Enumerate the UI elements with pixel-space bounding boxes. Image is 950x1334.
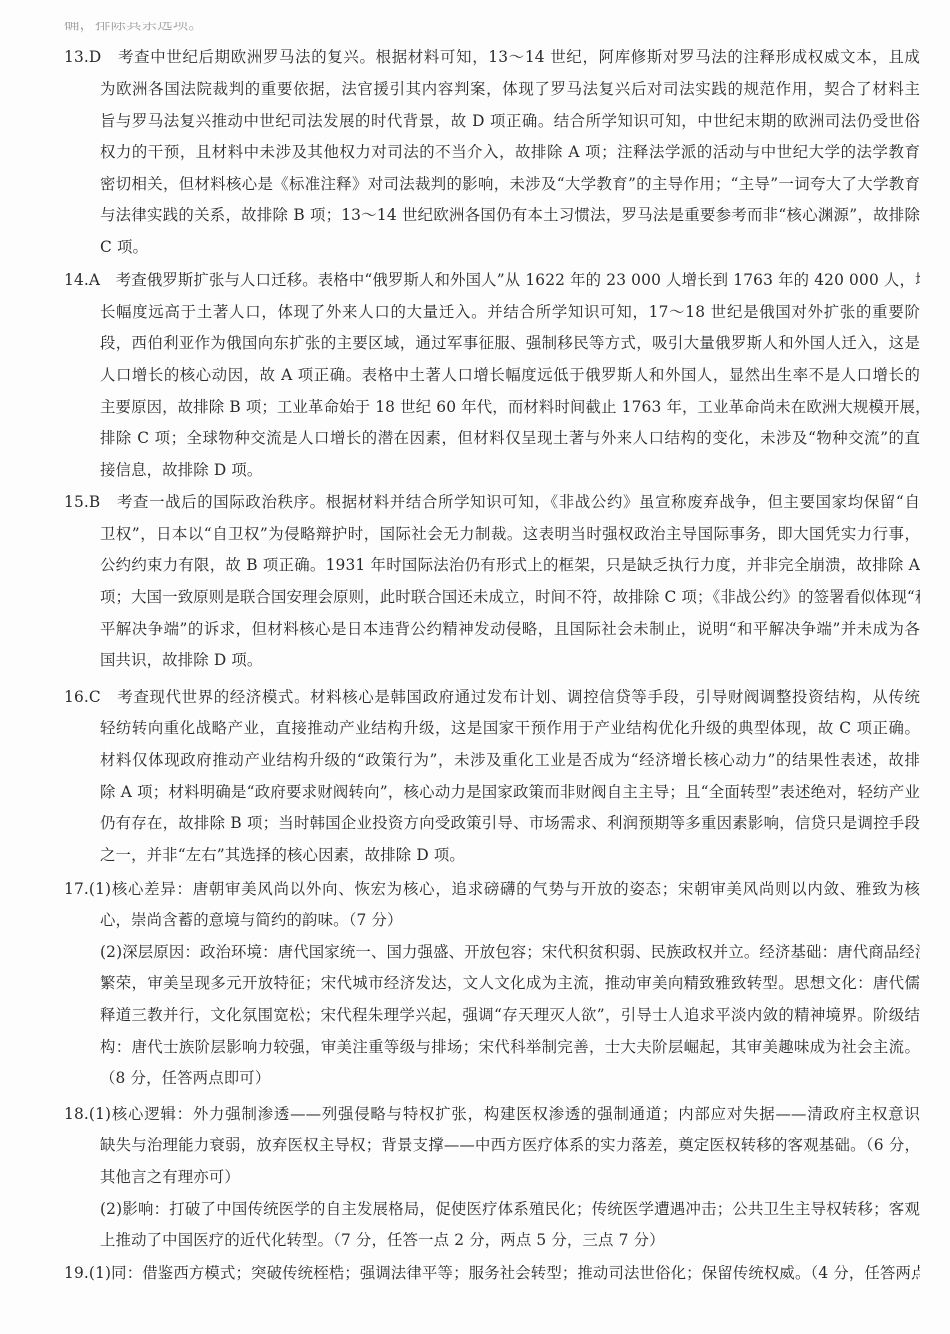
answer-17-line-5: 释道三教并行，文化氛围宽松；宋代程朱理学兴起，强调“存天理灭人欲”，引导士人追求… <box>100 1005 920 1025</box>
answer-16-line-3: 材料仅体现政府推动产业结构升级的“政策行为”，未涉及重化工业是否成为“经济增长核… <box>100 750 920 770</box>
answer-17-line-6: 构：唐代士族阶层影响力较强，审美注重等级与排场；宋代科举制完善，士大夫阶层崛起，… <box>100 1037 920 1057</box>
answer-13-line-7: C 项。 <box>100 237 920 257</box>
answer-13-line-4: 权力的干预，且材料中未涉及其他权力对司法的不当介入，故排除 A 项；注释法学派的… <box>100 142 920 162</box>
answer-14-line-2: 长幅度远高于土著人口，体现了外来人口的大量迁入。并结合所学知识可知，17～18 … <box>100 302 920 322</box>
answer-17-line-7: （8 分，任答两点即可） <box>100 1068 920 1088</box>
answer-15-line-5: 平解决争端”的诉求，但材料核心是日本违背公约精神发动侵略，且国际社会未制止，说明… <box>100 619 920 639</box>
answer-13-line-1: 13.D 考查中世纪后期欧洲罗马法的复兴。根据材料可知，13～14 世纪，阿库修… <box>64 47 920 67</box>
answer-17-line-3: (2)深层原因：政治环境：唐代国家统一、国力强盛、开放包容；宋代积贫积弱、民族政… <box>100 942 920 962</box>
answer-14-line-6: 排除 C 项；全球物种交流是人口增长的潜在因素，但材料仅呈现土著与外来人口结构的… <box>100 428 920 448</box>
answer-17-line-4: 繁荣，审美呈现多元开放特征；宋代城市经济发达，文人文化成为主流，推动审美向精致雅… <box>100 973 920 993</box>
answer-14-line-7: 接信息，故排除 D 项。 <box>100 460 920 480</box>
answer-13-line-3: 旨与罗马法复兴推动中世纪司法发展的时代背景，故 D 项正确。结合所学知识可知，中… <box>100 111 920 131</box>
answer-14-line-3: 段，西伯利亚作为俄国向东扩张的主要区域，通过军事征服、强制移民等方式，吸引大量俄… <box>100 333 920 353</box>
partial-top-line: 确，排除其余选项。 <box>64 14 920 34</box>
answer-16-line-2: 轻纺转向重化战略产业，直接推动产业结构升级，这是国家干预作用于产业结构优化升级的… <box>100 718 920 738</box>
answer-18-line-1: 18.(1)核心逻辑：外力强制渗透——列强侵略与特权扩张，构建医权渗透的强制通道… <box>64 1104 920 1124</box>
answer-15-line-4: 项；大国一致原则是联合国安理会原则，此时联合国还未成立，时间不符，故排除 C 项… <box>100 587 920 607</box>
answer-19-line-1: 19.(1)同：借鉴西方模式；突破传统桎梏；强调法律平等；服务社会转型；推动司法… <box>64 1263 920 1283</box>
answer-15-line-6: 国共识，故排除 D 项。 <box>100 650 920 670</box>
answer-16-line-5: 仍有存在，故排除 B 项；当时韩国企业投资方向受政策引导、市场需求、利润预期等多… <box>100 813 920 833</box>
answer-16-line-6: 之一，并非“左右”其选择的核心因素，故排除 D 项。 <box>100 845 920 865</box>
answer-18-line-2: 缺失与治理能力衰弱，放弃医权主导权；背景支撑——中西方医疗体系的实力落差，奠定医… <box>100 1135 920 1155</box>
answer-13-line-2: 为欧洲各国法院裁判的重要依据，法官援引其内容判案，体现了罗马法复兴后对司法实践的… <box>100 79 920 99</box>
answer-14-line-5: 主要原因，故排除 B 项；工业革命始于 18 世纪 60 年代，而材料时间截止 … <box>100 397 920 417</box>
answer-key-page: 确，排除其余选项。 13.D 考查中世纪后期欧洲罗马法的复兴。根据材料可知，13… <box>0 0 950 1334</box>
answer-18-line-4: (2)影响：打破了中国传统医学的自主发展格局，促使医疗体系殖民化；传统医学遭遇冲… <box>100 1199 920 1219</box>
answer-18-line-5: 上推动了中国医疗的近代化转型。（7 分，任答一点 2 分，两点 5 分，三点 7… <box>100 1230 920 1250</box>
answer-17-line-2: 心，崇尚含蓄的意境与简约的韵味。（7 分） <box>100 910 920 930</box>
answer-13-line-5: 密切相关，但材料核心是《标准注释》对司法裁判的影响，未涉及“大学教育”的主导作用… <box>100 174 920 194</box>
answer-17-line-1: 17.(1)核心差异：唐朝审美风尚以外向、恢宏为核心，追求磅礴的气势与开放的姿态… <box>64 879 920 899</box>
answer-18-line-3: 其他言之有理亦可） <box>100 1167 920 1187</box>
answer-15-line-3: 公约约束力有限，故 B 项正确。1931 年时国际法治仍有形式上的框架，只是缺乏… <box>100 555 920 575</box>
answer-16-line-1: 16.C 考查现代世界的经济模式。材料核心是韩国政府通过发布计划、调控信贷等手段… <box>64 687 920 707</box>
answer-16-line-4: 除 A 项；材料明确是“政府要求财阀转向”，核心动力是国家政策而非财阀自主主导；… <box>100 782 920 802</box>
answer-14-line-1: 14.A 考查俄罗斯扩张与人口迁移。表格中“俄罗斯人和外国人”从 1622 年的… <box>64 270 920 290</box>
answer-13-line-6: 与法律实践的关系，故排除 B 项；13～14 世纪欧洲各国仍有本土习惯法，罗马法… <box>100 205 920 225</box>
answer-14-line-4: 人口增长的核心动因，故 A 项正确。表格中土著人口增长幅度远低于俄罗斯人和外国人… <box>100 365 920 385</box>
answer-15-line-2: 卫权”，日本以“自卫权”为侵略辩护时，国际社会无力制裁。这表明当时强权政治主导国… <box>100 524 920 544</box>
answer-15-line-1: 15.B 考查一战后的国际政治秩序。根据材料并结合所学知识可知，《非战公约》虽宣… <box>64 492 920 512</box>
